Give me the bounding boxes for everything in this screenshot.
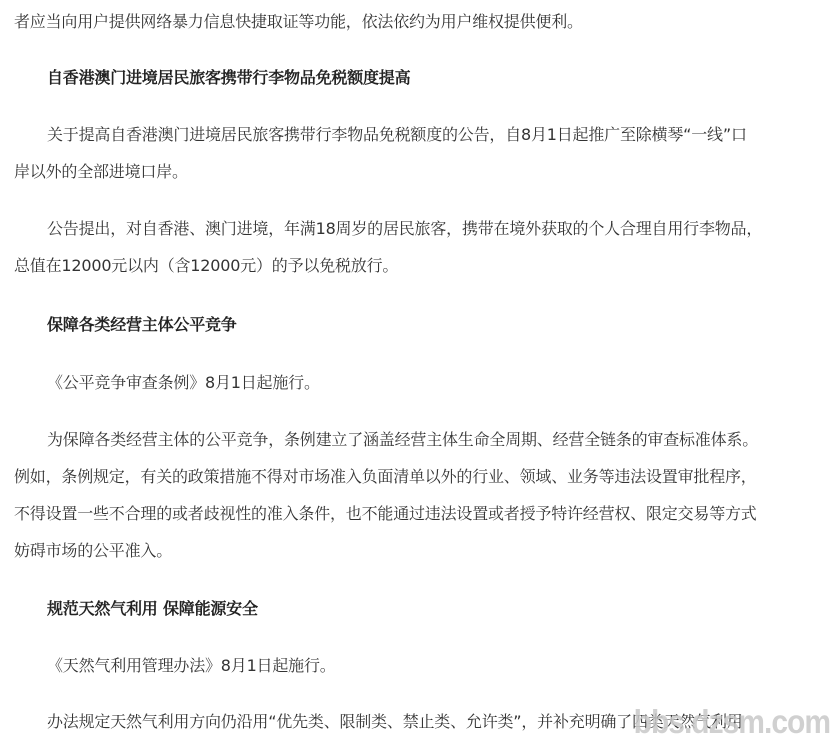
paragraph-line: 妨碍市场的公平准入。 — [14, 540, 172, 562]
paragraph-line: 公告提出，对自香港、澳门进境，年满18周岁的居民旅客，携带在境外获取的个人合理自… — [47, 218, 762, 240]
paragraph-line: 为保障各类经营主体的公平竞争，条例建立了涵盖经营主体生命全周期、经营全链条的审查… — [47, 429, 758, 451]
paragraph-line: 《天然气利用管理办法》8月1日起施行。 — [47, 655, 336, 677]
site-watermark: bbs.dzsm.com — [634, 704, 830, 741]
section-heading-hk-macao-duty-free: 自香港澳门进境居民旅客携带行李物品免税额度提高 — [47, 67, 410, 89]
paragraph-line: 《公平竞争审查条例》8月1日起施行。 — [47, 372, 320, 394]
paragraph-line: 岸以外的全部进境口岸。 — [14, 161, 188, 183]
paragraph-line: 关于提高自香港澳门进境居民旅客携带行李物品免税额度的公告，自8月1日起推广至除横… — [47, 124, 747, 146]
section-heading-natural-gas: 规范天然气利用 保障能源安全 — [47, 598, 258, 620]
paragraph-line: 总值在12000元以内（含12000元）的予以免税放行。 — [14, 255, 398, 277]
paragraph-continuation: 者应当向用户提供网络暴力信息快捷取证等功能，依法依约为用户维权提供便利。 — [14, 11, 583, 33]
section-heading-fair-competition: 保障各类经营主体公平竞争 — [47, 314, 237, 336]
paragraph-line: 不得设置一些不合理的或者歧视性的准入条件，也不能通过违法设置或者授予特许经营权、… — [14, 503, 757, 525]
paragraph-line: 例如，条例规定，有关的政策措施不得对市场准入负面清单以外的行业、领域、业务等违法… — [14, 466, 757, 488]
